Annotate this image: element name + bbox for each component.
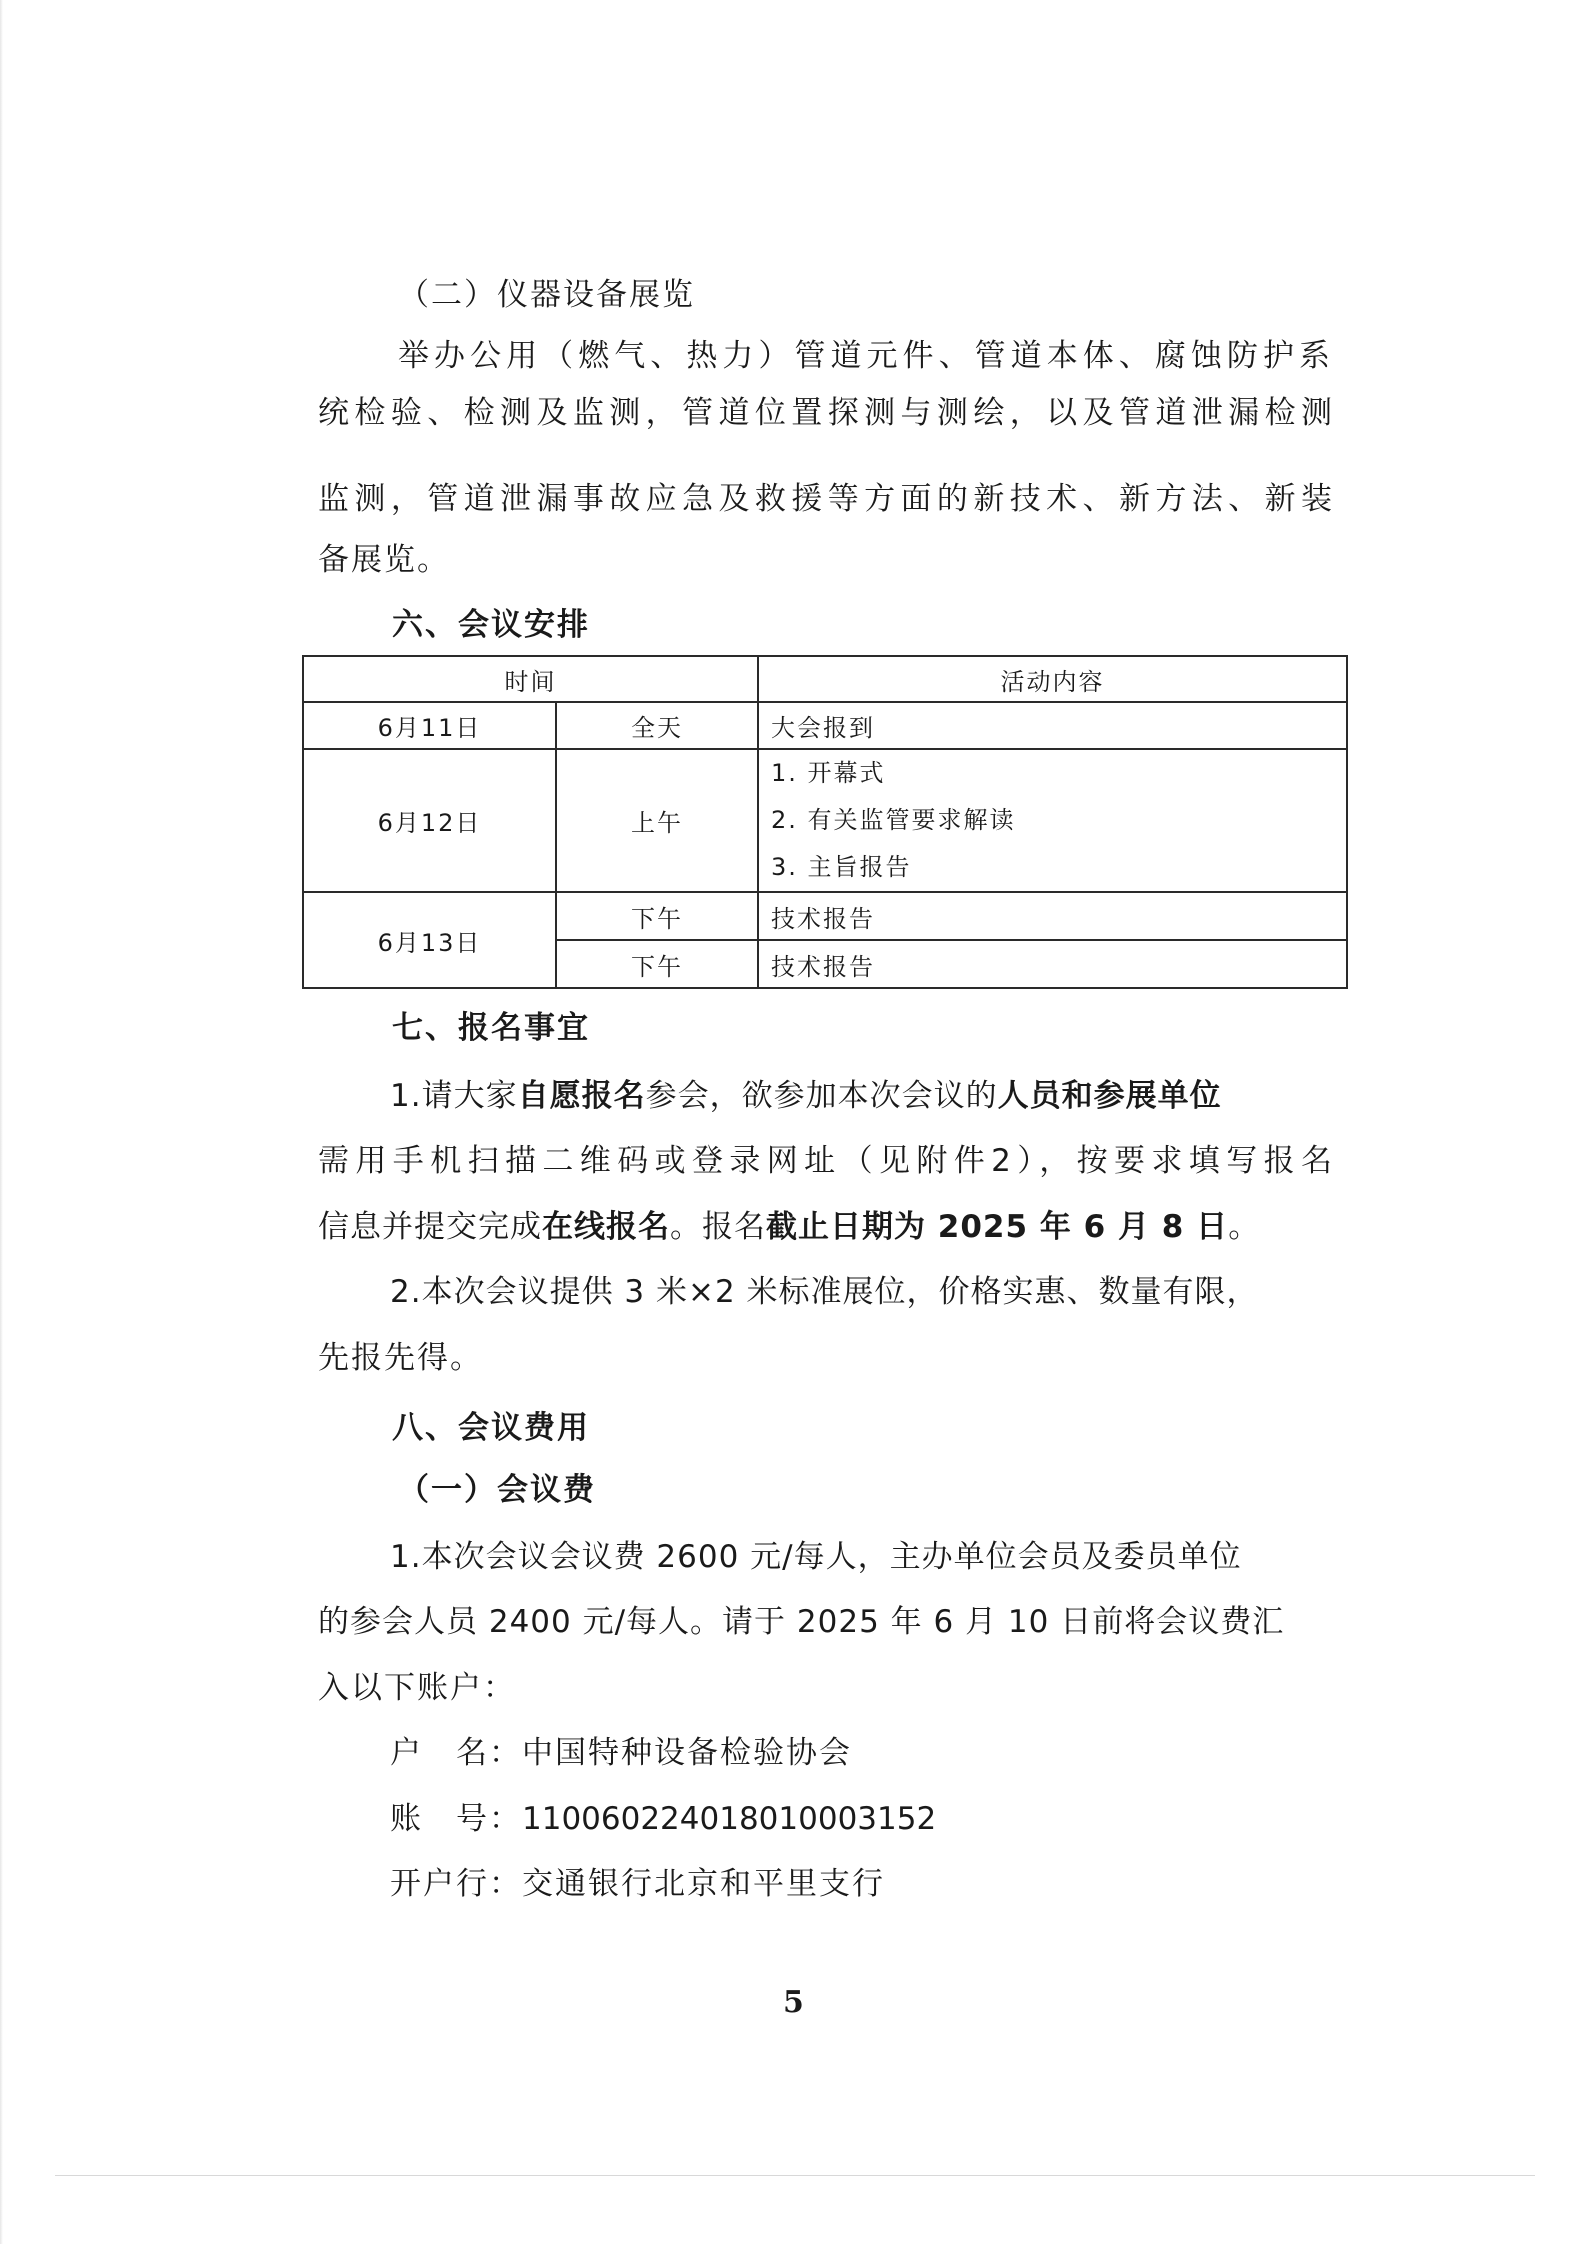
document-page: （二）仪器设备展览 举办公用（燃气、热力）管道元件、管道本体、腐蚀防护系 统检验… [0, 0, 1587, 2244]
page-number: 5 [783, 1985, 804, 2020]
schedule-table: 时间 活动内容 6月11日 全天 大会报到 6月12日 上午 1. 开幕式 2.… [302, 655, 1348, 989]
paragraph-line: 的参会人员 2400 元/每人。请于 2025 年 6 月 10 日前将会议费汇 [318, 1602, 1284, 1642]
paragraph-line: 先报先得。 [318, 1338, 483, 1378]
text-span: 。报名 [670, 1209, 766, 1245]
section-heading-schedule: 六、会议安排 [392, 605, 590, 645]
paragraph-line: 1.请大家自愿报名参会，欲参加本次会议的人员和参展单位 [390, 1076, 1222, 1116]
activity-item: 3. 主旨报告 [771, 844, 1346, 891]
emphasis-online-registration: 在线报名 [542, 1209, 670, 1245]
subsection-title-meeting-fee: （一）会议费 [398, 1470, 596, 1510]
cell-activity: 技术报告 [758, 892, 1347, 940]
emphasis-participants: 人员和参展单位 [998, 1078, 1222, 1114]
cell-activity-list: 1. 开幕式 2. 有关监管要求解读 3. 主旨报告 [758, 749, 1347, 892]
table-row: 6月12日 上午 1. 开幕式 2. 有关监管要求解读 3. 主旨报告 [303, 749, 1347, 892]
text-span: 参会，欲参加本次会议的 [646, 1078, 998, 1114]
paragraph-line: 备展览。 [318, 540, 450, 580]
emphasis-deadline: 截止日期为 2025 年 6 月 8 日 [766, 1209, 1228, 1245]
account-name-row: 户 名：中国特种设备检验协会 [390, 1733, 852, 1773]
paragraph-line: 2.本次会议提供 3 米×2 米标准展位，价格实惠、数量有限， [390, 1272, 1259, 1312]
paragraph-line: 需用手机扫描二维码或登录网址（见附件2），按要求填写报名 [318, 1141, 1334, 1181]
paragraph-line: 入以下账户： [318, 1668, 516, 1708]
header-time: 时间 [303, 656, 758, 702]
paragraph-line: 信息并提交完成在线报名。报名截止日期为 2025 年 6 月 8 日。 [318, 1207, 1260, 1247]
cell-activity: 大会报到 [758, 702, 1347, 749]
scan-edge [0, 0, 3, 2244]
account-number-row: 账 号：110060224018010003152 [390, 1799, 936, 1839]
cell-date: 6月13日 [303, 892, 556, 988]
account-name-label: 户 名： [390, 1735, 522, 1771]
paragraph-line: 统检验、检测及监测，管道位置探测与测绘，以及管道泄漏检测 [318, 393, 1334, 433]
paragraph-line: 举办公用（燃气、热力）管道元件、管道本体、腐蚀防护系 [398, 336, 1332, 376]
cell-activity: 技术报告 [758, 940, 1347, 988]
section-heading-registration: 七、报名事宜 [392, 1008, 590, 1048]
cell-period: 下午 [556, 892, 758, 940]
table-header-row: 时间 活动内容 [303, 656, 1347, 702]
account-name-value: 中国特种设备检验协会 [522, 1735, 852, 1771]
footer-divider [55, 2175, 1535, 2176]
cell-date: 6月12日 [303, 749, 556, 892]
text-span: 信息并提交完成 [318, 1209, 542, 1245]
paragraph-line: 1.本次会议会议费 2600 元/每人，主办单位会员及委员单位 [390, 1537, 1242, 1577]
table-row: 6月13日 下午 技术报告 [303, 892, 1347, 940]
account-bank-value: 交通银行北京和平里支行 [522, 1866, 885, 1902]
emphasis-voluntary: 自愿报名 [518, 1078, 646, 1114]
account-bank-label: 开户行： [390, 1866, 522, 1902]
text-span: 1.请大家 [390, 1078, 518, 1114]
paragraph-line: 监测，管道泄漏事故应急及救援等方面的新技术、新方法、新装 [318, 479, 1334, 519]
cell-period: 下午 [556, 940, 758, 988]
text-span: 。 [1228, 1209, 1260, 1245]
subsection-title-equipment-exhibition: （二）仪器设备展览 [398, 275, 695, 315]
table-row: 6月11日 全天 大会报到 [303, 702, 1347, 749]
account-bank-row: 开户行：交通银行北京和平里支行 [390, 1864, 885, 1904]
header-activity: 活动内容 [758, 656, 1347, 702]
cell-period: 全天 [556, 702, 758, 749]
activity-item: 2. 有关监管要求解读 [771, 797, 1346, 844]
section-heading-fees: 八、会议费用 [392, 1408, 590, 1448]
account-number-label: 账 号： [390, 1801, 522, 1837]
cell-date: 6月11日 [303, 702, 556, 749]
account-number-value: 110060224018010003152 [522, 1801, 936, 1837]
activity-item: 1. 开幕式 [771, 750, 1346, 797]
cell-period: 上午 [556, 749, 758, 892]
